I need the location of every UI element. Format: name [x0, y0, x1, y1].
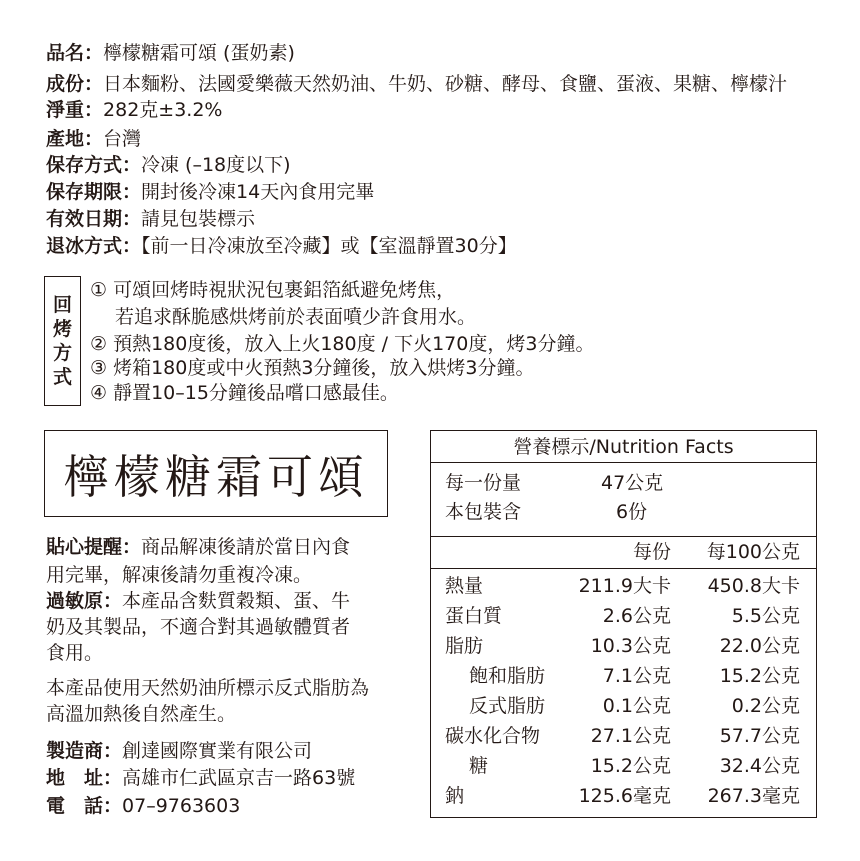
product-title-box: 檸檬糖霜可頌	[44, 430, 388, 517]
nutrient-row-sugar: 糖 15.2公克 32.4公克	[431, 751, 816, 781]
nutrition-title: 營養標示/Nutrition Facts	[431, 434, 816, 460]
nutrient-row-fat: 脂肪 10.3公克 22.0公克	[431, 631, 816, 661]
baking-method-label-box: 回 烤 方 式	[44, 276, 81, 406]
baking-title-char: 式	[53, 365, 72, 389]
info-ingredients: 成份：日本麵粉、法國愛樂薇天然奶油、牛奶、砂糖、酵母、食鹽、蛋液、果糖、檸檬汁	[46, 72, 787, 96]
baking-step: 若追求酥脆感烘烤前於表面噴少許食用水。	[90, 306, 476, 329]
manufacturer-address: 地 址：高雄市仁武區京吉一路63號	[46, 766, 355, 790]
baking-step: ③ 烤箱180度或中火預熱3分鐘後，放入烘烤3分鐘。	[90, 357, 535, 380]
baking-step: ④ 靜置10–15分鐘後品嚐口感最佳。	[90, 382, 399, 405]
baking-step: ② 預熱180度後，放入上火180度 / 下火170度，烤3分鐘。	[90, 333, 594, 356]
product-title: 檸檬糖霜可頌	[63, 441, 369, 507]
info-net-weight: 淨重：282克±3.2%	[46, 98, 222, 122]
nutrient-row-saturated-fat: 飽和脂肪 7.1公克 15.2公克	[431, 661, 816, 691]
reminder-line: 用完畢，解凍後請勿重複冷凍。	[46, 563, 312, 587]
allergen-line: 食用。	[46, 641, 103, 665]
trans-fat-note: 本產品使用天然奶油所標示反式脂肪為	[46, 676, 369, 700]
manufacturer-name: 製造商：創達國際實業有限公司	[46, 739, 312, 763]
divider	[431, 462, 816, 463]
info-thawing: 退冰方式：【前一日冷凍放至冷藏】或【室溫靜置30分】	[46, 234, 517, 258]
allergen-line: 過敏原：本產品含麩質穀類、蛋、牛	[46, 589, 350, 613]
info-origin: 產地：台灣	[46, 127, 141, 151]
serving-size-row: 每一份量 47公克	[431, 468, 816, 498]
nutrition-facts-table: 營養標示/Nutrition Facts 每一份量 47公克 本包裝含 6份 每…	[430, 430, 817, 818]
divider	[431, 568, 816, 569]
allergen-line: 奶及其製品，不適合對其過敏體質者	[46, 615, 350, 639]
baking-title-char: 回	[53, 293, 72, 317]
reminder-line: 貼心提醒：商品解凍後請於當日內食	[46, 535, 350, 559]
nutrient-row-calories: 熱量 211.9大卡 450.8大卡	[431, 571, 816, 601]
nutrient-row-carbohydrate: 碳水化合物 27.1公克 57.7公克	[431, 721, 816, 751]
servings-per-package-row: 本包裝含 6份	[431, 497, 816, 527]
info-storage: 保存方式：冷凍 (–18度以下)	[46, 153, 291, 177]
info-shelf-life: 保存期限：開封後冷凍14天內食用完畢	[46, 180, 374, 204]
nutrient-row-trans-fat: 反式脂肪 0.1公克 0.2公克	[431, 691, 816, 721]
info-expiry: 有效日期：請見包裝標示	[46, 207, 255, 231]
baking-step: ① 可頌回烤時視狀況包裹鋁箔紙避免烤焦，	[90, 279, 455, 302]
baking-title-char: 烤	[53, 317, 72, 341]
manufacturer-phone: 電 話：07–9763603	[46, 794, 240, 818]
column-header-row: 每份 每100公克	[431, 537, 816, 567]
baking-title-char: 方	[53, 341, 72, 365]
trans-fat-note: 高溫加熱後自然產生。	[46, 702, 236, 726]
nutrient-row-protein: 蛋白質 2.6公克 5.5公克	[431, 601, 816, 631]
info-product-name: 品名：檸檬糖霜可頌 (蛋奶素)	[46, 41, 295, 65]
nutrient-row-sodium: 鈉 125.6毫克 267.3毫克	[431, 781, 816, 811]
